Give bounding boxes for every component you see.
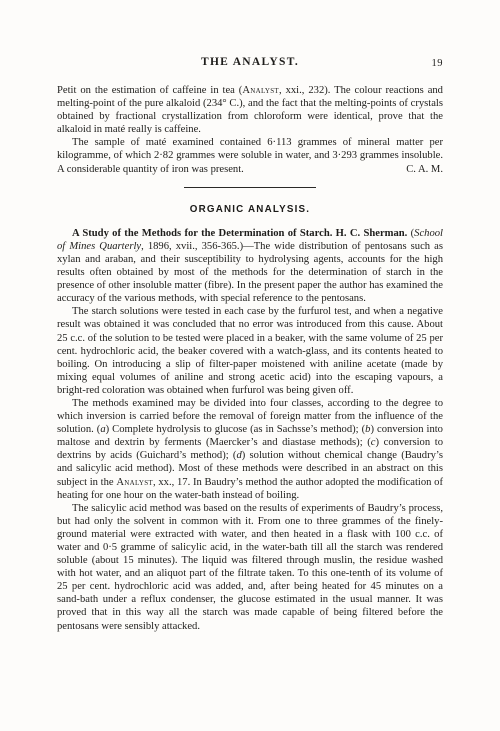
paragraph-mate-sample: The sample of maté examined contained 6·… — [57, 136, 443, 175]
section-divider-rule — [184, 187, 316, 188]
text-run: The salicylic acid method was based on t… — [57, 503, 443, 632]
journal-title: THE ANALYST. — [201, 56, 299, 68]
text-run-bold: A Study of the Methods for the Determina… — [72, 228, 411, 239]
paragraph-petit-caffeine: Petit on the estimation of caffeine in t… — [57, 84, 443, 136]
paragraph-starch-title: A Study of the Methods for the Determina… — [57, 227, 443, 306]
text-run-smallcaps: Analyst — [242, 85, 279, 96]
text-run: ) Complete hydrolysis to glucose (as in … — [106, 424, 366, 435]
text-run: Petit on the estimation of caffeine in t… — [57, 85, 242, 96]
journal-page: THE ANALYST. 19 Petit on the estimation … — [0, 0, 500, 731]
page-number: 19 — [432, 57, 444, 70]
section-heading: ORGANIC ANALYSIS. — [57, 203, 443, 216]
author-initials: C. A. M. — [391, 163, 443, 176]
paragraph-salicylic-method: The salicylic acid method was based on t… — [57, 502, 443, 633]
text-run-smallcaps: Analyst — [116, 477, 153, 488]
page-header: THE ANALYST. 19 — [57, 56, 443, 69]
paragraph-starch-solutions: The starch solutions were tested in each… — [57, 305, 443, 397]
text-run: The sample of maté examined contained 6·… — [57, 137, 443, 174]
paragraph-methods-classes: The methods examined may be divided into… — [57, 397, 443, 502]
text-run: The starch solutions were tested in each… — [57, 306, 443, 396]
